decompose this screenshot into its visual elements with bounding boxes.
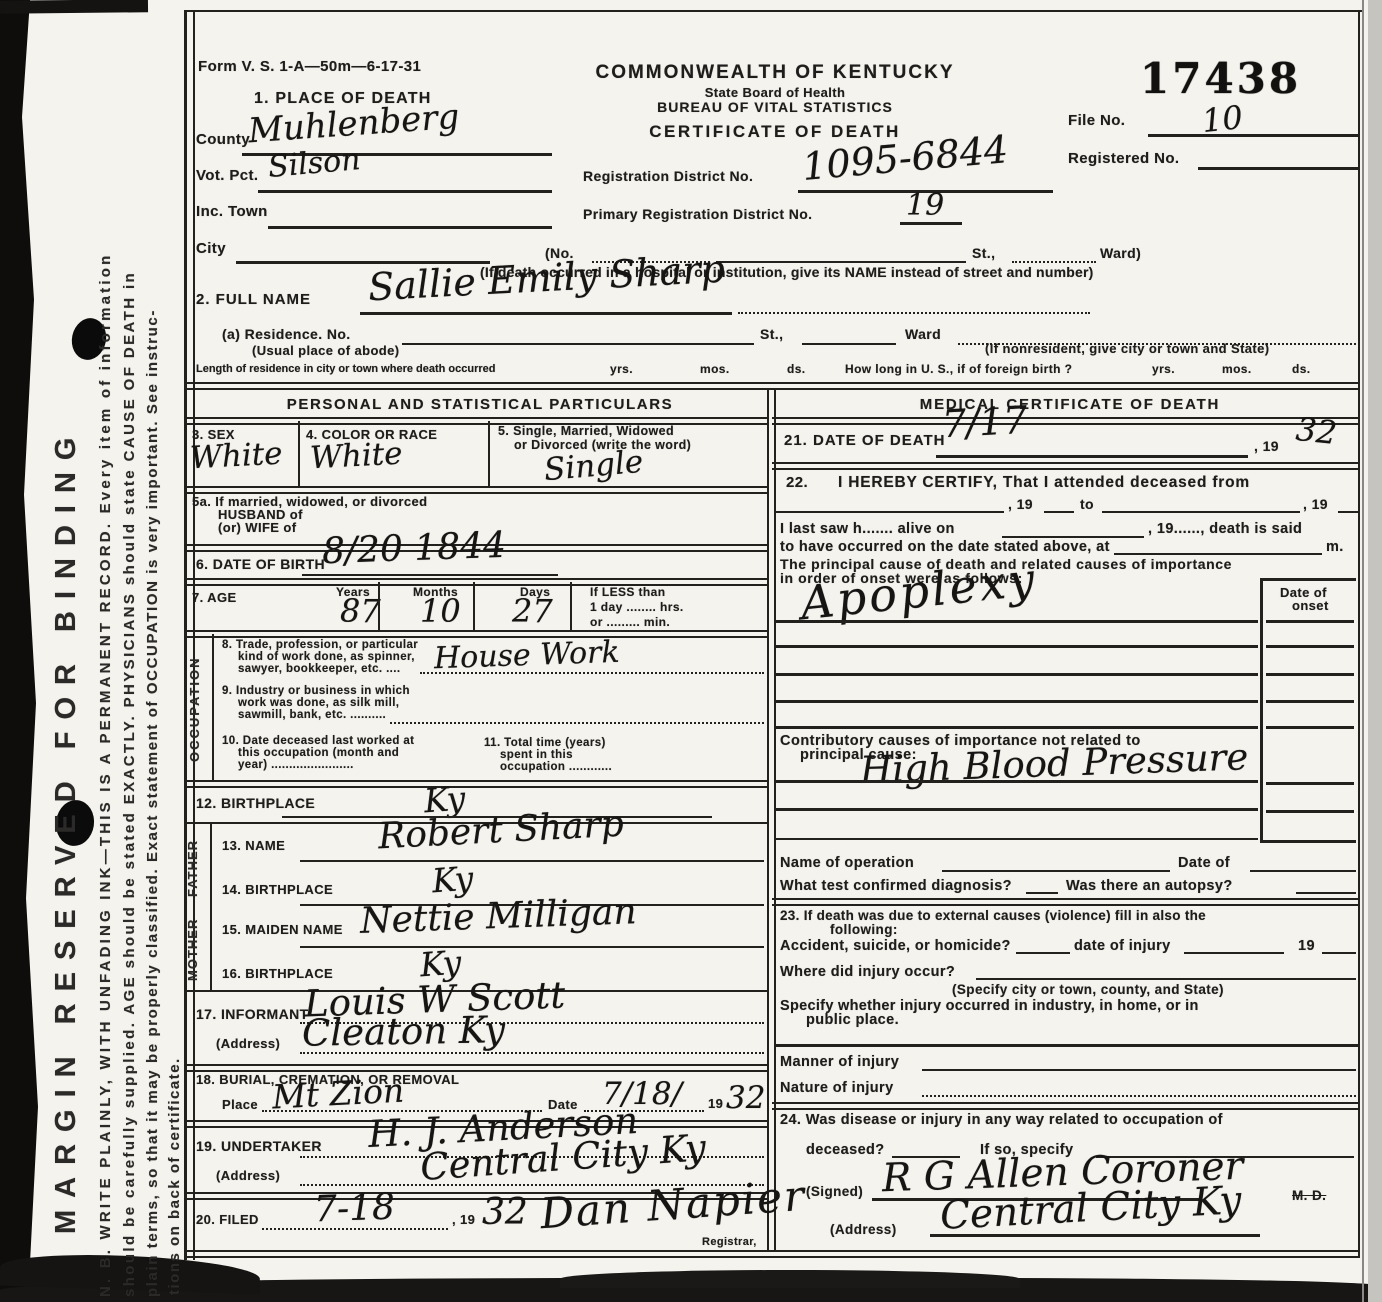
cause-line-3 (776, 673, 1258, 676)
certify-text: I HEREBY CERTIFY, That I attended deceas… (838, 474, 1250, 492)
form-right-border (1358, 10, 1360, 1258)
onset-line-6 (1266, 782, 1354, 785)
father-bp-label: 14. BIRTHPLACE (222, 882, 333, 897)
age-row-divider (184, 630, 769, 638)
sex-value: White (189, 436, 283, 477)
primary-district-value: 19 (906, 188, 944, 223)
last-saw-text: I last saw h....... alive on (780, 521, 955, 537)
length-yrs-label: yrs. (610, 362, 633, 376)
board-title: State Board of Health (585, 85, 965, 100)
mother-side-label: MOTHER (186, 910, 199, 990)
undertaker-label: 19. UNDERTAKER (196, 1138, 322, 1154)
full-name-dotted (738, 312, 1090, 314)
inc-town-label: Inc. Town (196, 203, 268, 220)
filed-dotted (262, 1228, 448, 1230)
contributory-line-3 (776, 838, 1258, 840)
father-name-label: 13. NAME (222, 838, 285, 853)
onset-line-2 (1266, 645, 1354, 648)
filed-date-value: 7-18 (313, 1187, 395, 1231)
contributory-line-1 (776, 780, 1258, 783)
full-name-line (360, 312, 732, 315)
occurred-m-label: m. (1326, 539, 1344, 555)
last-saw-19: , 19......, death is said (1148, 521, 1302, 537)
injury-19-label: 19 (1298, 938, 1315, 954)
residence-line (402, 343, 754, 345)
undertaker-addr-label: (Address) (216, 1168, 280, 1183)
occ8-label-2: kind of work done, as spinner, (238, 651, 415, 663)
accident-label: Accident, suicide, or homicide? (780, 938, 1011, 954)
onset-line-3 (1266, 673, 1354, 676)
certify-line-c (1102, 511, 1300, 513)
residence-st-line (802, 343, 896, 345)
full-name-label: 2. FULL NAME (196, 291, 311, 308)
nature-row-divider (772, 1102, 1358, 1110)
autopsy-row-divider (772, 898, 1358, 906)
occupation-row-divider (184, 780, 769, 788)
occurred-text: to have occurred on the date stated abov… (780, 539, 1110, 555)
personal-heading-divider (184, 417, 769, 425)
precinct-value: Silson (267, 142, 362, 185)
age-col-divider-1 (378, 582, 380, 630)
st-label: St., (972, 245, 995, 261)
occurred-line (1114, 553, 1322, 555)
dob-value: 8/20 1844 (321, 525, 506, 572)
test-line (1026, 892, 1058, 894)
registered-no-label: Registered No. (1068, 150, 1179, 167)
informant-addr-label: (Address) (216, 1036, 280, 1051)
informant-addr-dotted (300, 1052, 764, 1054)
inc-town-line (268, 226, 552, 229)
age-days-value: 27 (512, 592, 553, 630)
file-no-line (1148, 134, 1358, 137)
nature-label: Nature of injury (780, 1080, 894, 1096)
marital-label-1: 5. Single, Married, Widowed (498, 424, 674, 438)
certify-to: to (1080, 496, 1094, 512)
onset-line-1 (1266, 620, 1354, 623)
injury-date-label: date of injury (1074, 938, 1171, 954)
onset-box-top (1260, 578, 1356, 581)
occ8-label-1: 8. Trade, profession, or particular (222, 639, 418, 651)
where-injury-label: Where did injury occur? (780, 964, 955, 980)
signed-label: (Signed) (806, 1184, 863, 1199)
dob-line (302, 574, 558, 576)
foreign-ds-label: ds. (1292, 362, 1311, 376)
husband-label-3: (or) WIFE of (218, 520, 296, 535)
foreign-birth-label: How long in U. S., if of foreign birth ? (845, 362, 1072, 376)
informant-row-divider (184, 1064, 769, 1072)
occ11-label-2: spent in this (500, 749, 573, 761)
registrar-label: Registrar, (702, 1236, 757, 1248)
length-ds-label: ds. (787, 362, 806, 376)
cause-line-4 (776, 700, 1258, 703)
certify-line-b (1044, 511, 1074, 513)
test-label: What test confirmed diagnosis? (780, 878, 1012, 894)
dob-label: 6. DATE OF BIRTH (196, 556, 325, 572)
mother-name-value: Nettie Milligan (359, 891, 637, 942)
informant-addr-value: Cleaton Ky (302, 1008, 506, 1055)
occ9-label-2: work was done, as silk mill, (238, 697, 399, 709)
header-bottom-divider (184, 382, 1360, 390)
certify-19a: , 19 (1008, 496, 1033, 512)
injury-19-line (1322, 952, 1356, 954)
marital-value: Single (543, 444, 645, 489)
birthplace-label: 12. BIRTHPLACE (196, 795, 315, 811)
signed-addr-line (930, 1234, 1260, 1237)
dod-year-prefix: , 19 (1254, 438, 1279, 454)
left-binding-shadow (0, 0, 38, 1302)
occ10-label-2: this occupation (month and (238, 747, 399, 759)
accident-line (1016, 952, 1070, 954)
registered-no-line (1198, 167, 1358, 170)
residence-st-label: St., (760, 326, 783, 342)
autopsy-line (1296, 892, 1356, 894)
personal-heading: PERSONAL AND STATISTICAL PARTICULARS (200, 396, 760, 413)
nonresident-note: (If nonresident, give city or town and S… (985, 341, 1270, 356)
right-page-edge-line (1362, 0, 1364, 1302)
foreign-mos-label: mos. (1222, 362, 1252, 376)
filed-year-prefix: , 19 (452, 1212, 475, 1227)
age-col-divider-3 (570, 582, 572, 630)
occupation-side-divider (212, 634, 214, 782)
q23-text-2: following: (830, 922, 898, 937)
q24-text: 24. Was disease or injury in any way rel… (780, 1112, 1223, 1128)
residence-label: (a) Residence. No. (222, 326, 351, 342)
mother-name-line (300, 946, 764, 948)
occupation-side-label: OCCUPATION (188, 640, 201, 778)
occ9-label-3: sawmill, bank, etc. .......... (238, 709, 386, 721)
q24-deceased-label: deceased? (806, 1142, 885, 1158)
if-less-label-1: If LESS than (590, 585, 665, 599)
form-bottom-border (184, 1250, 1360, 1258)
injury-date-line (1184, 952, 1284, 954)
onset-box-bottom (1260, 840, 1356, 843)
specify-text-2: public place. (806, 1012, 899, 1028)
occ11-label-3: occupation ............ (500, 761, 612, 773)
where-injury-line (976, 978, 1356, 980)
nature-line (922, 1095, 1356, 1097)
father-side-label: FATHER (186, 828, 199, 908)
onset-label-2: onset (1292, 598, 1329, 613)
operation-line (942, 870, 1170, 872)
occ9-label-1: 9. Industry or business in which (222, 685, 410, 697)
contributory-line-2 (776, 808, 1258, 811)
parents-side-divider (210, 824, 212, 990)
manner-label: Manner of injury (780, 1054, 899, 1070)
occ9-dotted (390, 722, 764, 724)
occ8-value: House Work (433, 635, 620, 676)
color-value: White (309, 436, 403, 477)
certify-line-a (776, 511, 1004, 513)
primary-district-line (900, 222, 962, 225)
right-page-edge (1368, 0, 1382, 1302)
onset-line-7 (1266, 810, 1354, 813)
sex-row-divider (184, 486, 769, 494)
occ8-dotted (420, 672, 764, 674)
form-code: Form V. S. 1-A—50m—6-17-31 (198, 58, 421, 75)
margin-note-line1: N. B. WRITE PLAINLY, WITH UNFADING INK—T… (98, 75, 113, 1297)
autopsy-label: Was there an autopsy? (1066, 878, 1233, 894)
precinct-line (258, 190, 552, 193)
filed-label: 20. FILED (196, 1212, 259, 1227)
foreign-yrs-label: yrs. (1152, 362, 1175, 376)
dod-line (936, 455, 1248, 458)
residence-ward-label: Ward (905, 326, 941, 342)
reg-district-label: Registration District No. (583, 168, 753, 184)
certify-number: 22. (786, 474, 808, 491)
operation-label: Name of operation (780, 855, 914, 871)
manner-line (922, 1069, 1356, 1071)
age-months-value: 10 (420, 592, 461, 630)
top-left-scan-mark (0, 0, 148, 14)
occ10-label-3: year) ....................... (238, 759, 354, 771)
length-mos-label: mos. (700, 362, 730, 376)
signed-md-label: M. D. (1292, 1188, 1326, 1203)
dod-year-value: 32 (1294, 410, 1338, 452)
operation-date-line (1250, 870, 1356, 872)
cause-line-2 (776, 645, 1258, 648)
operation-date-label: Date of (1178, 855, 1230, 871)
ward-label: Ward) (1100, 245, 1141, 261)
onset-line-4 (1266, 700, 1354, 703)
full-name-value: Sallie Emily Sharp (367, 247, 726, 310)
dob-row-divider (184, 578, 769, 586)
margin-binding-text: MARGIN RESERVED FOR BINDING (52, 390, 81, 1270)
abode-note: (Usual place of abode) (252, 343, 400, 358)
informant-label: 17. INFORMANT (196, 1006, 309, 1022)
primary-district-label: Primary Registration District No. (583, 206, 812, 222)
age-label: 7. AGE (192, 590, 237, 605)
certify-line-d (1338, 511, 1358, 513)
mother-bp-label: 16. BIRTHPLACE (222, 966, 333, 981)
length-of-residence-label: Length of residence in city or town wher… (196, 363, 496, 375)
q23-text-1: 23. If death was due to external causes … (780, 908, 1206, 923)
occ10-label-1: 10. Date deceased last worked at (222, 735, 414, 747)
occ8-label-3: sawyer, bookkeeper, etc. .... (238, 663, 400, 675)
filed-year-value: 32 (482, 1192, 528, 1233)
commonwealth-title: COMMONWEALTH OF KENTUCKY (585, 62, 965, 84)
cause-line-1 (776, 620, 1258, 623)
bottom-scan-bump (560, 1270, 1020, 1288)
form-top-border (184, 10, 1362, 12)
certify-19b: , 19 (1303, 496, 1328, 512)
sex-color-divider (298, 421, 300, 486)
serial-number: 17438 (1140, 54, 1301, 103)
onset-line-5 (1266, 726, 1354, 729)
margin-note-line2: should be carefully supplied. AGE should… (122, 75, 137, 1297)
burial-place-label: Place (222, 1097, 258, 1112)
death-certificate-scan: MARGIN RESERVED FOR BINDING N. B. WRITE … (0, 0, 1382, 1302)
specify-bottom-line (776, 1044, 1358, 1047)
color-marital-divider (488, 421, 490, 486)
medical-heading-divider (772, 417, 1358, 425)
age-years-value: 87 (340, 592, 381, 630)
st-dotted-line (1012, 261, 1096, 263)
city-label: City (196, 240, 226, 257)
burial-year-prefix: 19 (708, 1096, 723, 1111)
father-name-line (300, 860, 764, 862)
bureau-title: BUREAU OF VITAL STATISTICS (585, 99, 965, 115)
medical-heading: MEDICAL CERTIFICATE OF DEATH (790, 396, 1350, 413)
mother-name-label: 15. MAIDEN NAME (222, 922, 343, 937)
father-bp-value: Ky (431, 859, 475, 901)
dod-value: 7/17 (941, 398, 1029, 446)
specify-note: (Specify city or town, county, and State… (952, 982, 1224, 997)
margin-note-line3: plain terms, so that it may be properly … (145, 75, 160, 1297)
burial-year-value: 32 (726, 1080, 765, 1116)
if-less-label-3: or ......... min. (590, 615, 670, 629)
onset-box-left (1260, 580, 1263, 840)
county-label: County (196, 131, 250, 148)
dod-row-divider (772, 462, 1358, 470)
age-col-divider-2 (473, 582, 475, 630)
dod-label: 21. DATE OF DEATH (784, 432, 945, 449)
cause-line-5 (776, 726, 1258, 729)
file-no-label: File No. (1068, 112, 1125, 129)
precinct-label: Vot. Pct. (196, 167, 259, 184)
occ11-label-1: 11. Total time (years) (484, 737, 606, 749)
if-less-label-2: 1 day ........ hrs. (590, 600, 684, 614)
no-solid-line (716, 261, 966, 263)
margin-note-line4: tions on back of certificate. (167, 940, 182, 1295)
last-saw-line (1002, 536, 1144, 538)
signed-addr-label: (Address) (830, 1222, 897, 1237)
father-name-value: Robert Sharp (377, 804, 625, 858)
